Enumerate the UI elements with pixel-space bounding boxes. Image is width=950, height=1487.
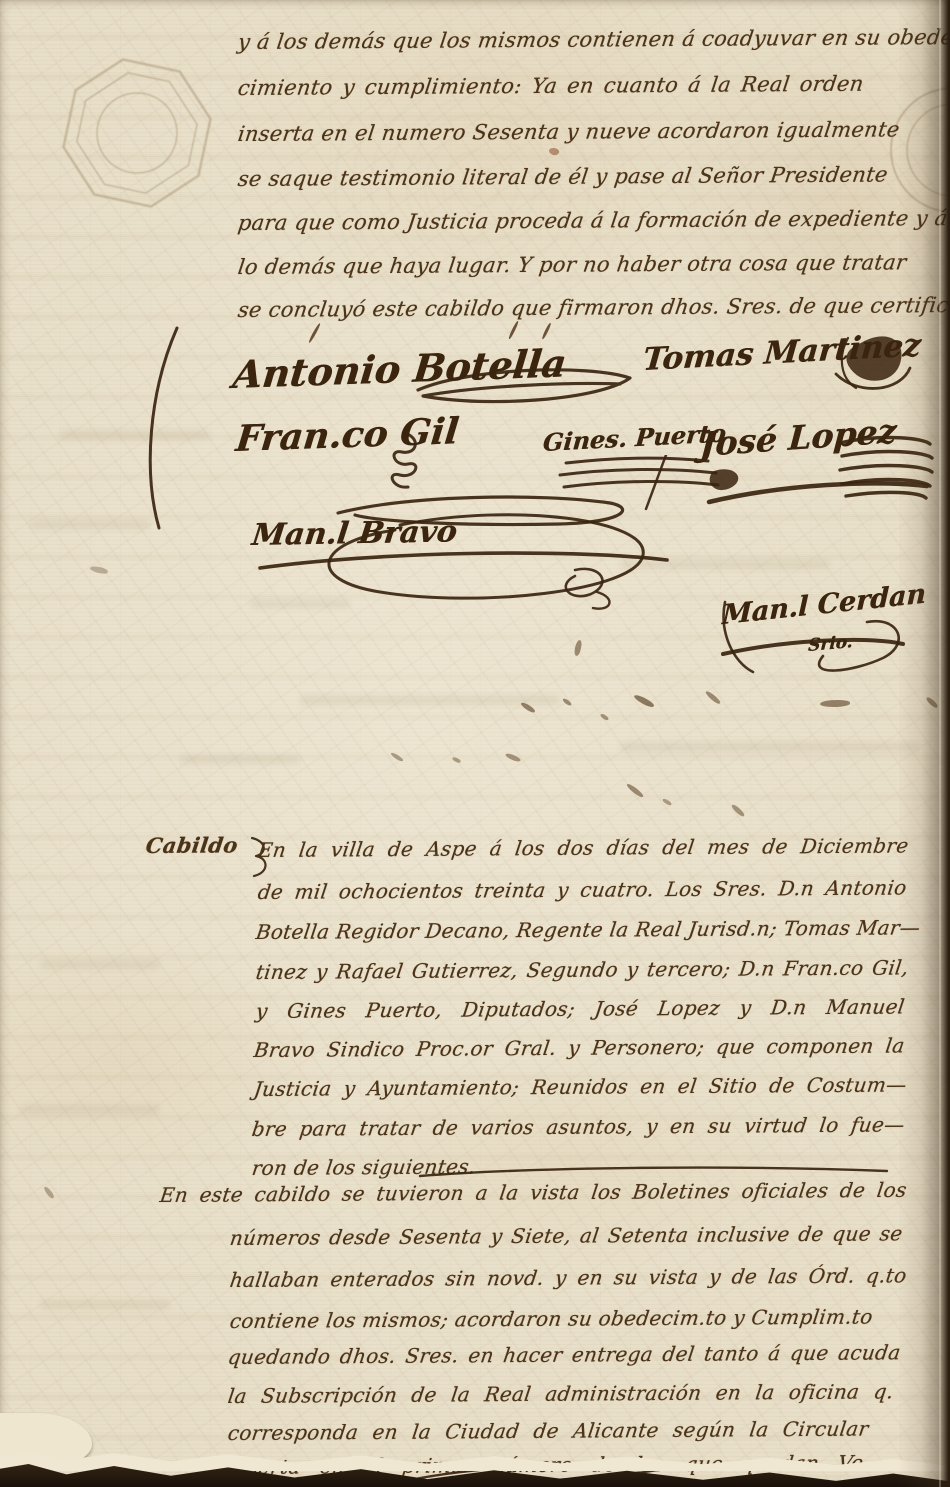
ink-spot <box>600 713 610 722</box>
torn-corner <box>0 1413 92 1465</box>
bleedthrough-mark <box>30 520 150 529</box>
ink-spot <box>731 803 746 818</box>
signature-cerdan-title: Srio. <box>807 632 853 656</box>
manuscript-line: Bravo Sindico Proc.or Gral. y Personero;… <box>252 1033 906 1062</box>
manuscript-line: En la villa de Aspe á los dos días del m… <box>256 833 910 862</box>
manuscript-line: tinez y Rafael Gutierrez, Segundo y terc… <box>254 955 910 984</box>
margin-note-cabildo: Cabildo <box>144 832 239 858</box>
manuscript-line: ron de los siguientes. <box>250 1154 477 1180</box>
manuscript-line: lo demás que haya lugar. Y por no haber … <box>236 250 888 279</box>
manuscript-line: la Subscripción de la Real administració… <box>226 1379 895 1408</box>
manuscript-line: Justicia y Ayuntamiento; Reunidos en el … <box>252 1072 908 1101</box>
rubric-lopez-sweep <box>695 462 935 510</box>
ink-spot <box>633 693 655 709</box>
ink-spot <box>562 697 572 706</box>
ink-spot <box>574 640 583 657</box>
manuscript-line: y á los demás que los mismos contienen á… <box>236 25 908 54</box>
ink-spot <box>626 782 645 799</box>
manuscript-line: números desde Sesenta y Siete, al Setent… <box>228 1221 904 1250</box>
manuscript-line: de mil ochocientos treinta y cuatro. Los… <box>256 875 908 904</box>
ink-spot <box>925 696 938 709</box>
bleedthrough-mark <box>20 1105 160 1114</box>
signature-manuel-cerdan: Man.l Cerdan <box>721 578 926 631</box>
bleedthrough-mark <box>620 742 920 752</box>
signature-antonio-botella: Antonio Botella <box>231 340 569 397</box>
manuscript-line: Botella Regidor Decano, Regente la Real … <box>254 915 908 944</box>
ink-spot <box>548 147 560 157</box>
ink-spot <box>508 320 519 339</box>
embossed-seal-icon <box>48 44 226 222</box>
ink-spot <box>90 565 109 575</box>
signature-manuel-bravo: Man.l Bravo <box>250 514 459 553</box>
manuscript-line: corresponda en la Ciudad de Alicante seg… <box>226 1417 870 1445</box>
signature-francisco-gil: Fran.co Gil <box>234 410 461 460</box>
ink-spot <box>705 690 722 706</box>
rubric-puerto <box>548 455 733 513</box>
ink-spot <box>505 752 522 763</box>
ink-spot <box>452 756 462 764</box>
manuscript-line: quedando dhos. Sres. en hacer entrega de… <box>226 1340 902 1369</box>
manuscript-page: y á los demás que los mismos contienen á… <box>0 0 950 1487</box>
manuscript-line: contiene los mismos; acordaron su obedec… <box>228 1305 872 1333</box>
manuscript-line: se concluyó este cabildo que firmaron dh… <box>236 293 908 322</box>
bleedthrough-mark <box>40 960 160 969</box>
manuscript-line: inserta en el primer número de los que q… <box>226 1450 885 1479</box>
ink-spot <box>541 322 551 340</box>
bleedthrough-mark <box>180 755 300 764</box>
signature-jose-lopez: José Lopez <box>699 411 898 464</box>
signature-tomas-martinez: Tomas Martinez <box>641 327 922 378</box>
ink-spot <box>43 1185 55 1199</box>
bleedthrough-mark <box>250 600 350 608</box>
manuscript-line: para que como Justicia proceda á la form… <box>236 206 908 235</box>
manuscript-line: hallaban enterados sin novd. y en su vis… <box>228 1263 908 1292</box>
ink-spot <box>820 700 850 707</box>
manuscript-line: En este cabildo se tuvieron a la vista l… <box>158 1178 908 1207</box>
bleedthrough-mark <box>620 560 830 569</box>
manuscript-line: bre para tratar de varios asuntos, y en … <box>250 1112 906 1141</box>
ink-spot <box>308 323 321 344</box>
bleedthrough-mark <box>60 430 210 440</box>
manuscript-line: se saque testimonio literal de él y pase… <box>236 163 862 191</box>
ink-spot <box>390 751 404 762</box>
manuscript-line: inserta en el numero Sesenta y nueve aco… <box>236 118 868 146</box>
ink-spot <box>662 797 672 806</box>
bleedthrough-mark <box>40 1300 170 1309</box>
manuscript-line: cimiento y cumplimiento: Ya en cuanto á … <box>236 72 865 100</box>
manuscript-line: y Gines Puerto, Diputados; José Lopez y … <box>254 994 906 1023</box>
